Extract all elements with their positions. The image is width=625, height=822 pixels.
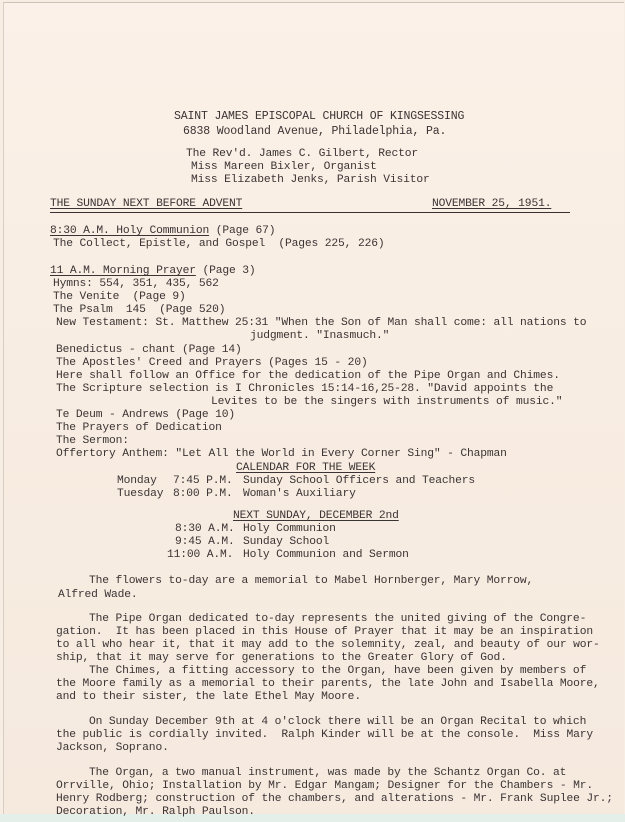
next-sunday-time: 11:00 A.M. (167, 549, 233, 562)
recital-notice: the public is cordially invited. Ralph K… (56, 729, 593, 742)
morning-prayer-page: (Page 3) (202, 265, 255, 277)
flowers-notice: Alfred Wade. (58, 589, 138, 602)
builders-notice: Decoration, Mr. Ralph Paulson. (56, 806, 255, 819)
order-item: Hymns: 554, 351, 435, 562 (53, 278, 219, 291)
order-item: Benedictus - chant (Page 14) (56, 344, 242, 357)
recital-notice: On Sunday December 9th at 4 o'clock ther… (89, 716, 586, 729)
next-sunday-event: Holy Communion and Sermon (243, 549, 409, 562)
builders-notice: Orrville, Ohio; Installation by Mr. Edga… (56, 780, 593, 793)
order-item: Te Deum - Andrews (Page 10) (56, 409, 235, 422)
morning-prayer-title: 11 A.M. Morning Prayer (50, 265, 196, 277)
next-sunday-time: 9:45 A.M. (175, 536, 235, 549)
calendar-time: 8:00 P.M. (173, 488, 233, 501)
order-item: Offertory Anthem: "Let All the World in … (56, 448, 507, 461)
order-item: Here shall follow an Office for the dedi… (56, 370, 560, 383)
calendar-event: Woman's Auxiliary (243, 488, 356, 501)
flowers-notice: The flowers to-day are a memorial to Mab… (89, 575, 533, 588)
calendar-event: Sunday School Officers and Teachers (243, 475, 475, 488)
order-item: The Sermon: (56, 435, 129, 448)
church-name: SAINT JAMES EPISCOPAL CHURCH OF KINGSESS… (174, 110, 464, 123)
calendar-day: Tuesday (117, 488, 163, 501)
chimes-notice: the Moore family as a memorial to their … (56, 678, 600, 691)
staff-organist: Miss Mareen Bixler, Organist (191, 161, 377, 174)
order-item: The Prayers of Dedication (56, 422, 222, 435)
heading-rule (50, 212, 570, 213)
chimes-notice: The Chimes, a fitting accessory to the O… (89, 665, 586, 678)
organ-notice: gation. It has been placed in this House… (56, 626, 593, 639)
order-item: New Testament: St. Matthew 25:31 "When t… (56, 317, 586, 330)
calendar-day: Monday (117, 475, 157, 488)
chimes-notice: and to their sister, the late Ethel May … (56, 691, 361, 704)
order-item: judgment. "Inasmuch." (250, 330, 389, 343)
builders-notice: The Organ, a two manual instrument, was … (89, 767, 566, 780)
holy-communion-page: (Page 67) (216, 225, 276, 237)
order-item: Levites to be the singers with instrumen… (211, 396, 562, 409)
order-item: The Apostles' Creed and Prayers (Pages 1… (56, 357, 368, 370)
service-date: NOVEMBER 25, 1951. (432, 198, 551, 211)
occasion-title: THE SUNDAY NEXT BEFORE ADVENT (50, 198, 242, 211)
order-item: The Scripture selection is I Chronicles … (56, 383, 553, 396)
morning-prayer-heading: 11 A.M. Morning Prayer (Page 3) (50, 265, 256, 278)
staff-parish-visitor: Miss Elizabeth Jenks, Parish Visitor (191, 174, 430, 187)
organ-notice: The Pipe Organ dedicated to-day represen… (89, 613, 586, 626)
next-sunday-event: Sunday School (243, 536, 329, 549)
holy-communion-item: The Collect, Epistle, and Gospel (Pages … (53, 238, 384, 251)
calendar-title: CALENDAR FOR THE WEEK (236, 462, 375, 475)
next-sunday-title: NEXT SUNDAY, DECEMBER 2nd (233, 510, 399, 523)
builders-notice: Henry Rodberg; construction of the chamb… (56, 793, 613, 806)
holy-communion-title: 8:30 A.M. Holy Communion (50, 225, 209, 237)
church-address: 6838 Woodland Avenue, Philadelphia, Pa. (183, 125, 446, 138)
organ-notice: ship, that it may serve for generations … (56, 652, 507, 665)
staff-rector: The Rev'd. James C. Gilbert, Rector (186, 148, 418, 161)
recital-notice: Jackson, Soprano. (56, 742, 169, 755)
next-sunday-time: 8:30 A.M. (175, 523, 235, 536)
next-sunday-event: Holy Communion (243, 523, 336, 536)
holy-communion-heading: 8:30 A.M. Holy Communion (Page 67) (50, 225, 275, 238)
organ-notice: to all who hear it, that it may add to t… (56, 639, 600, 652)
calendar-time: 7:45 P.M. (173, 475, 233, 488)
order-item: The Venite (Page 9) (53, 291, 186, 304)
order-item: The Psalm 145 (Page 520) (53, 304, 225, 317)
